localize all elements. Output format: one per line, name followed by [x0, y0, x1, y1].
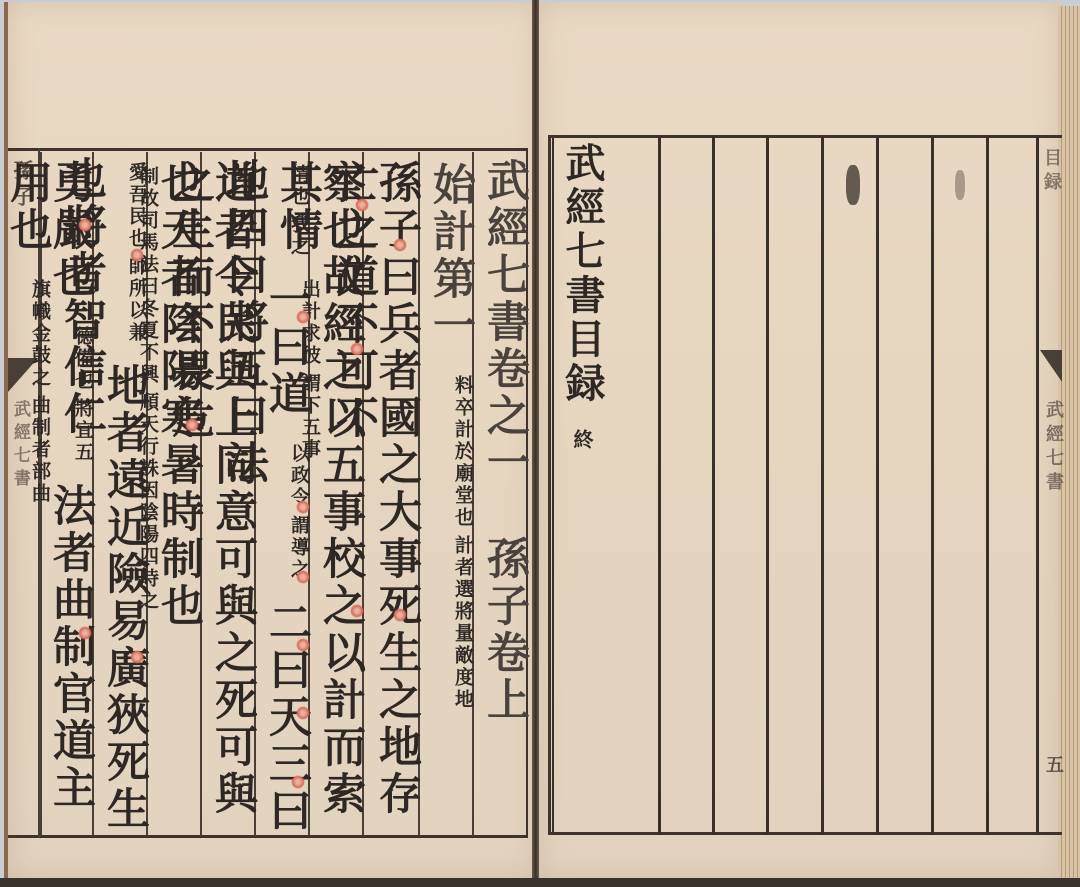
commentary-left: 料卒計於廟堂也: [450, 375, 472, 529]
red-punctuation-mark: [185, 418, 199, 432]
ruled-line: [1036, 135, 1039, 835]
text-column-3: 孫子曰兵者國之大事死生之地存亡之道不可不: [362, 152, 418, 836]
red-punctuation-mark: [296, 570, 310, 584]
red-punctuation-mark: [350, 342, 364, 356]
fishtail-mark: [1040, 350, 1062, 382]
volume-title-column: 武經七書卷之一 孫子卷上: [472, 152, 526, 836]
red-punctuation-mark: [296, 500, 310, 514]
chapter-title-column: 始計第一 計者選將量敵度地 料卒計於廟堂也: [418, 152, 472, 836]
red-punctuation-mark: [78, 626, 92, 640]
red-punctuation-mark: [130, 650, 144, 664]
volume-title: 武經七書卷之一: [480, 158, 530, 487]
ruled-line: [876, 135, 879, 835]
toc-title: 武經七書目録: [559, 142, 606, 406]
ruled-line: [766, 135, 769, 835]
red-punctuation-mark: [130, 248, 144, 262]
chapter-title: 始計第一: [426, 162, 476, 350]
red-punctuation-mark: [296, 310, 310, 324]
main-text: 一曰道: [262, 277, 312, 418]
book-spine: [532, 0, 539, 887]
red-punctuation-mark: [350, 604, 364, 618]
red-punctuation-mark: [296, 638, 310, 652]
toc-end-column: 武經七書目録 終: [552, 138, 602, 832]
ruled-line: [821, 135, 824, 835]
red-punctuation-mark: [78, 218, 92, 232]
page-number: 五: [1040, 755, 1066, 779]
main-text: 也天者陰陽寒暑時制也: [154, 160, 204, 630]
text-column-6: 道者令民與上同意可與之死可與之生而不畏危: [200, 152, 254, 836]
commentary-right: 將宜五: [73, 398, 92, 464]
red-punctuation-mark: [393, 608, 407, 622]
commentary-right: 師所以兼: [127, 256, 146, 344]
bottom-shadow: [0, 878, 1080, 887]
red-punctuation-mark: [355, 198, 369, 212]
text-column-7: 也天者陰陽寒暑時制也 順天行誅因陰陽四時之 制故司馬法曰冬夏不興: [146, 152, 200, 836]
red-punctuation-mark: [393, 238, 407, 252]
text-column-4: 察也故經之以五事校之以計而索其情 謂下五事 出計求彼: [308, 152, 362, 836]
commentary-left: 愛吾民也: [124, 162, 146, 250]
text-column-5: 我之 情也 一曰道 謂導之 以政令 二曰天三曰地四曰將五曰法: [254, 152, 308, 836]
ink-blot: [955, 170, 965, 200]
commentary-right: 計者選將量敵度地: [453, 535, 472, 711]
margin-top-label: 目録: [1038, 148, 1064, 196]
commentary-right: 我之: [289, 214, 308, 258]
ink-blot: [846, 165, 860, 205]
ruled-line: [931, 135, 934, 835]
commentary-left: 情也: [286, 164, 308, 208]
toc-end-mark: 終: [570, 429, 594, 452]
commentary-left: 德備也: [70, 326, 92, 392]
commentary-left: 旗幟金鼓之: [27, 279, 49, 389]
red-punctuation-mark: [296, 706, 310, 720]
ruled-line: [658, 135, 661, 835]
volume-subtitle: 孫子卷上: [480, 536, 530, 724]
text-column-9: 勇嚴也 將宜五 德備也 法者曲制官道主用也 曲制者部曲 旗幟金鼓之: [40, 152, 92, 836]
margin-middle-label: 武經七書: [1040, 400, 1066, 496]
ruled-line: [986, 135, 989, 835]
ruled-line: [712, 135, 715, 835]
red-punctuation-mark: [291, 775, 305, 789]
commentary-right: 曲制者部曲: [30, 395, 49, 505]
commentary-left: 以政令: [286, 443, 308, 509]
right-print-frame: [548, 135, 1062, 835]
